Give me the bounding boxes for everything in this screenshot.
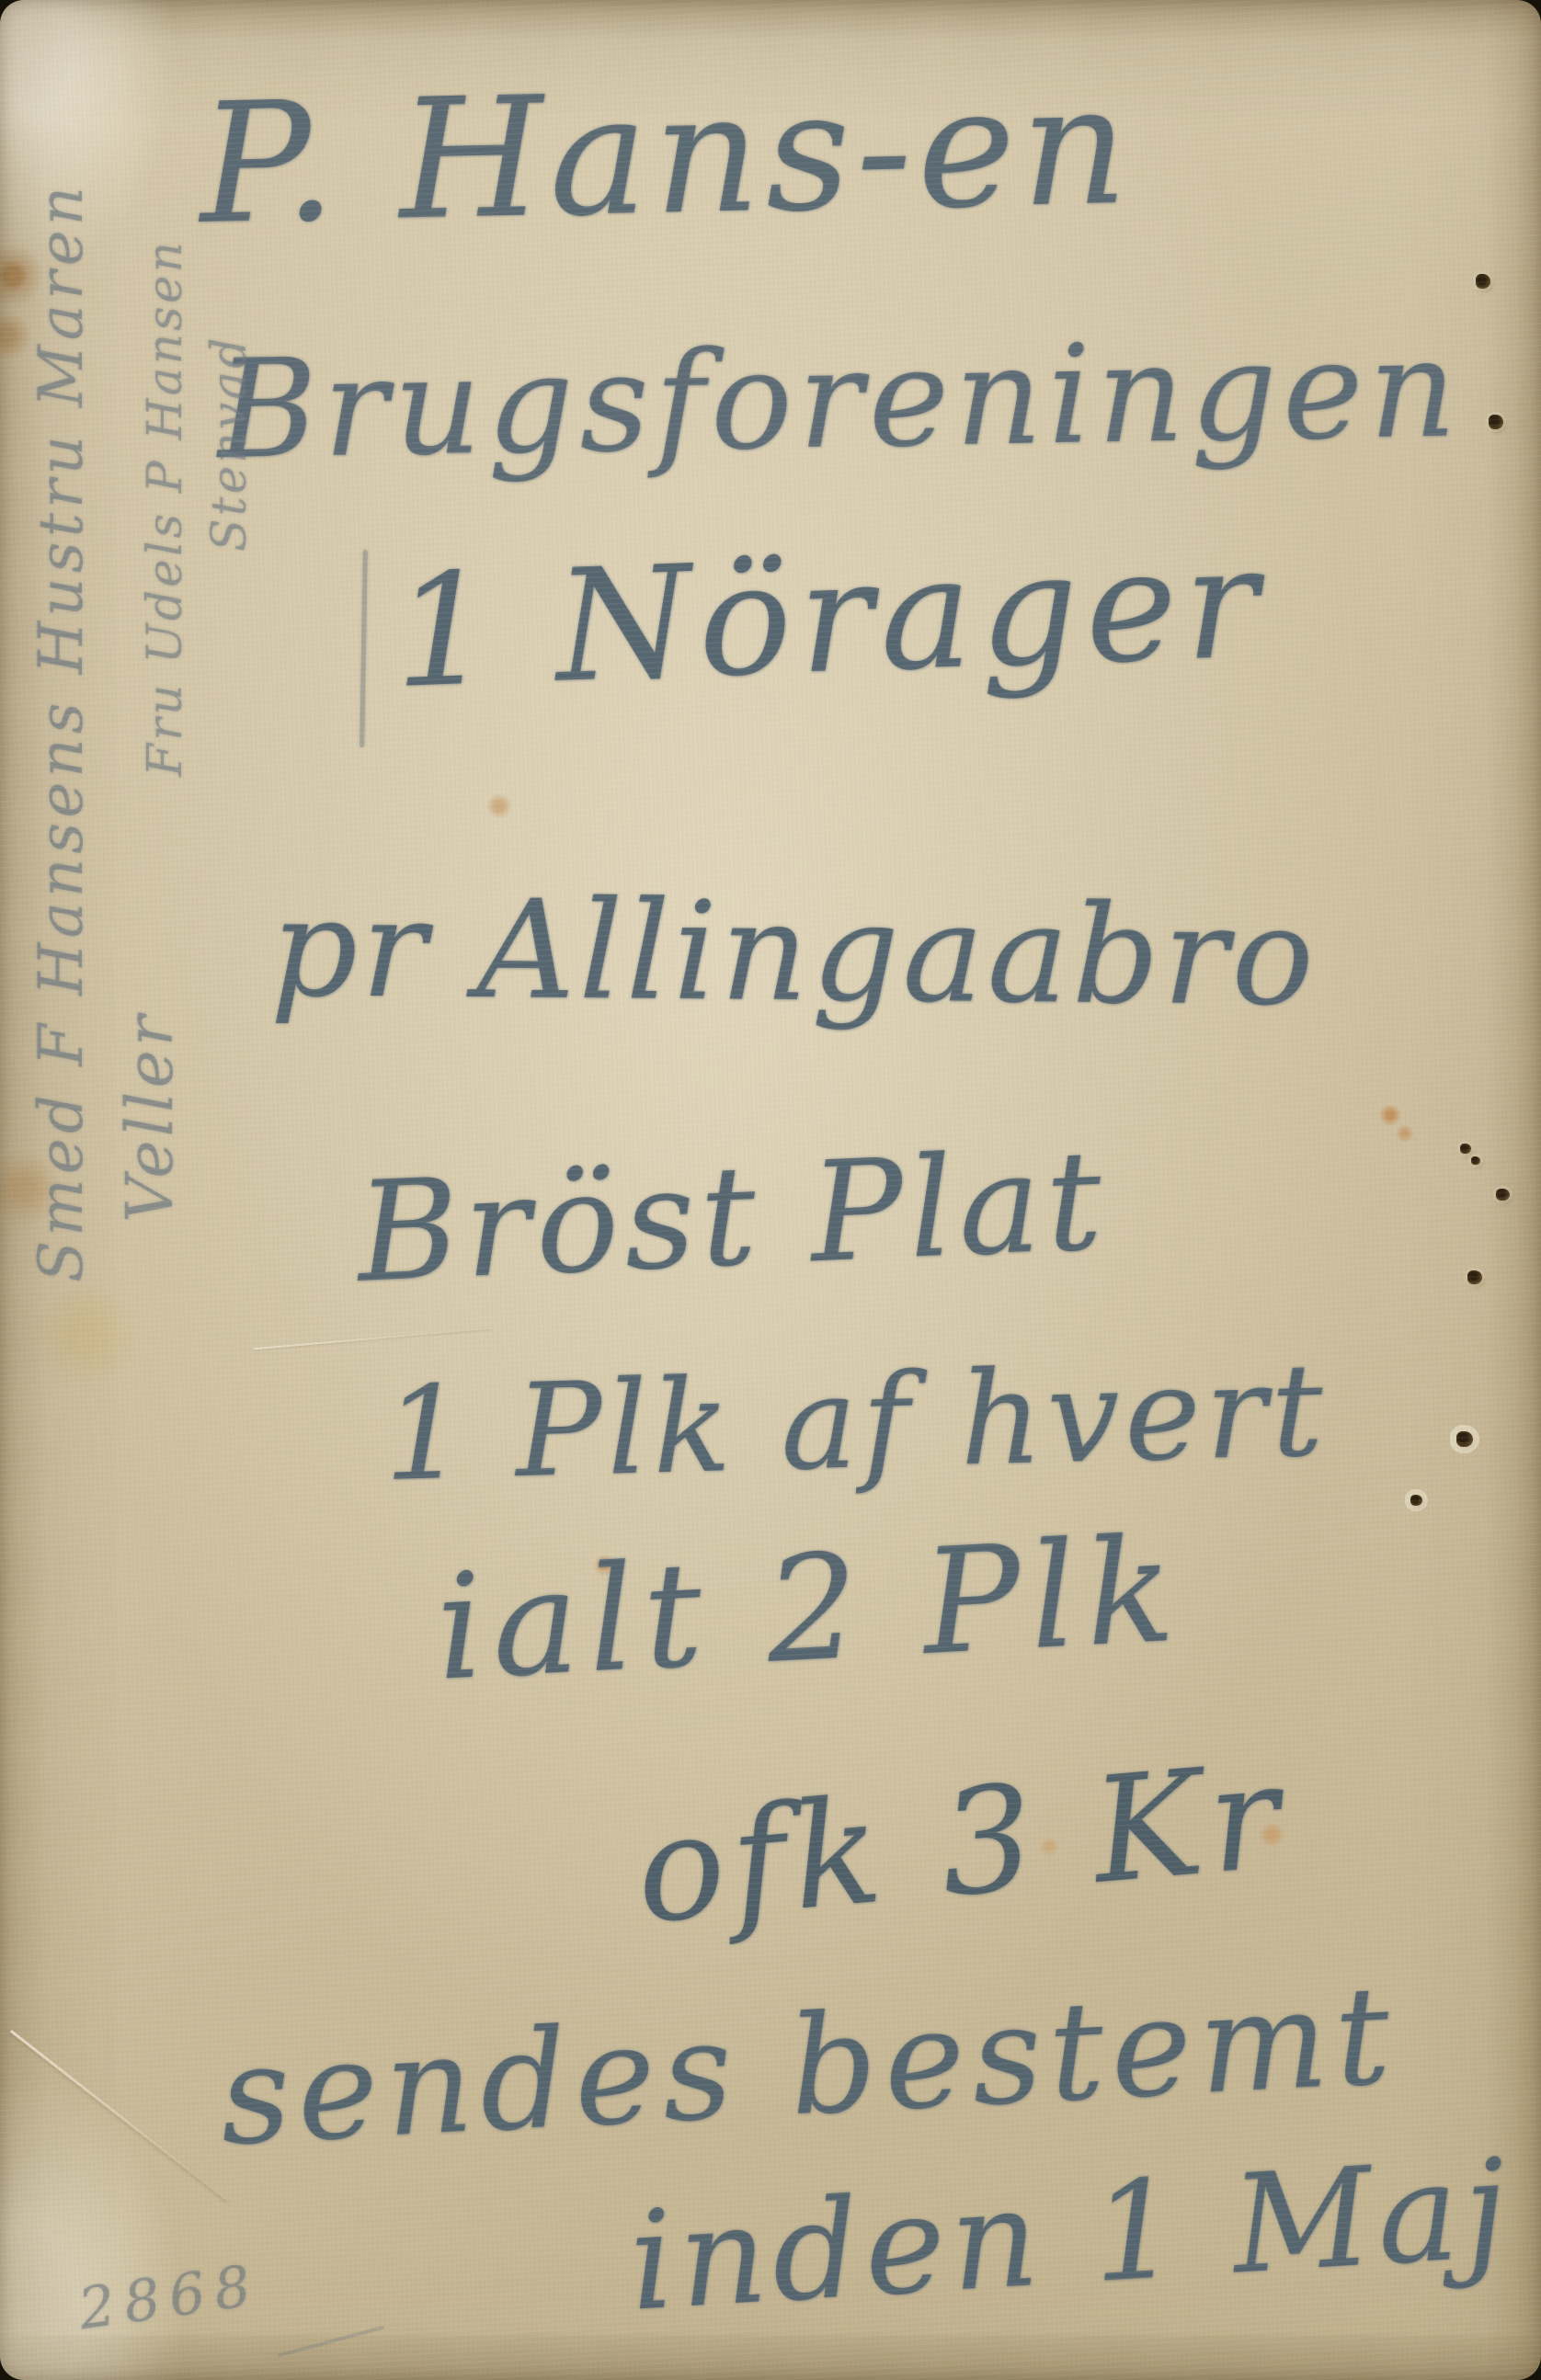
paper-hole: [1410, 1495, 1422, 1506]
paper-crease: [10, 2030, 229, 2202]
handwriting-line-quantity: 1 Plk af hvert: [382, 1336, 1330, 1510]
paper-hole: [1471, 1156, 1480, 1165]
paper-hole: [1496, 1189, 1510, 1201]
catalog-number: 2868: [74, 2251, 264, 2343]
handwriting-line-total: ialt 2 Plk: [432, 1505, 1187, 1713]
paper-crease: [253, 1327, 491, 1350]
handwriting-line-price: ofk 3 Kr: [630, 1731, 1293, 1956]
margin-annotation-place1: Veller: [112, 827, 188, 1223]
paper-hole: [1460, 1144, 1471, 1154]
margin-annotation-names: Smed F Hansens Hustru Maren: [26, 97, 97, 1282]
handwriting-line-post-town: pr Allingaabro: [269, 869, 1318, 1036]
handwriting-line-recipient: P. Hans-en: [198, 50, 1135, 261]
pencil-stroke: [360, 550, 368, 747]
handwriting-line-town: 1 Nörager: [391, 512, 1268, 723]
pencil-stroke: [278, 2326, 385, 2358]
margin-annotation-place2: Stenvad: [202, 147, 257, 552]
paper: P. Hans-en Brugsforeningen 1 Nörager pr …: [0, 0, 1541, 2380]
handwriting-line-item: Bröst Plat: [354, 1121, 1111, 1313]
paper-hole: [1456, 1431, 1473, 1447]
handwriting-line-instruction: sendes bestemt: [216, 1956, 1401, 2176]
margin-annotation-owner: Fru Udels P Hansen: [138, 115, 193, 777]
paper-hole: [1467, 1270, 1482, 1284]
paper-hole: [1489, 415, 1503, 429]
handwriting-line-deadline: inden 1 Maj: [625, 2129, 1516, 2340]
paper-hole: [1476, 274, 1490, 289]
scanned-postcard-back: P. Hans-en Brugsforeningen 1 Nörager pr …: [0, 0, 1541, 2380]
handwriting-line-coop: Brugsforeningen: [216, 309, 1463, 489]
